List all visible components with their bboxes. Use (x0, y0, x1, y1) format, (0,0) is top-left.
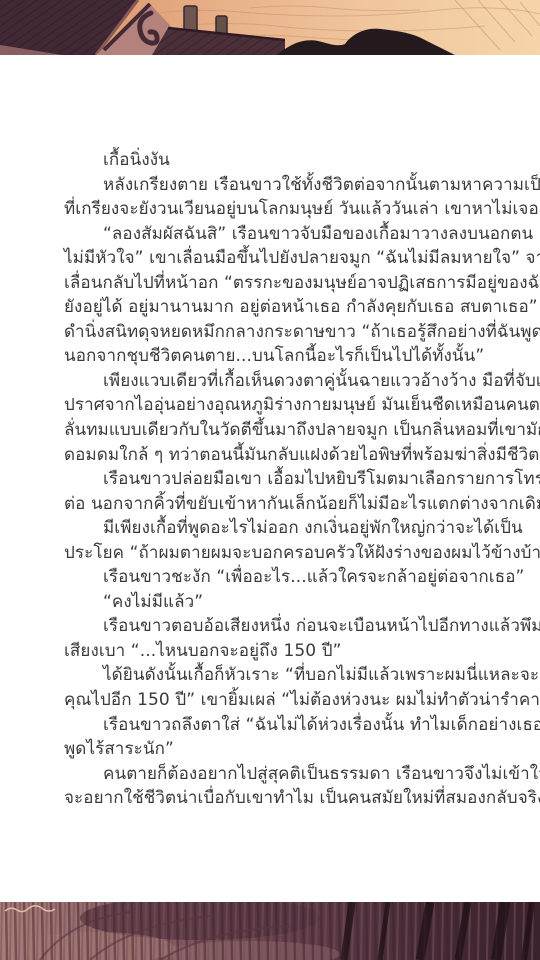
text-line: ได้ยินดังนั้นเกื้อก็หัวเราะ “ที่บอกไม่มี… (64, 663, 484, 688)
text-line: ที่เกรียงจะยังวนเวียนอยู่บนโลกมนุษย์ วัน… (64, 197, 484, 222)
text-line: ต่อ นอกจากคิ้วที่ขยับเข้าหากันเล็กน้อยก็… (64, 492, 484, 517)
text-line: “ลองสัมผัสฉันสิ” เรือนขาวจับมือของเกื้อม… (64, 222, 484, 247)
text-line: คุณไปอีก 150 ปี” เขายิ้มเผล่ “ไม่ต้องห่ว… (64, 688, 484, 713)
text-line: เรือนขาวถลึงตาใส่ “ฉันไม่ได้ห่วงเรื่องนั… (64, 713, 484, 738)
text-line: เพียงแวบเดียวที่เกื้อเห็นดวงตาคู่นั้นฉาย… (64, 369, 484, 394)
text-line: นอกจากชุบชีวิตคนตาย...บนโลกนี้อะไรก็เป็น… (64, 344, 484, 369)
text-line: เสียงเบา “...ไหนบอกจะอยู่ถึง 150 ปี” (64, 639, 484, 664)
text-line: เรือนขาวปล่อยมือเขา เอื้อมไปหยิบรีโมตมาเ… (64, 467, 484, 492)
text-line: เกื้อนิ่งงัน (64, 148, 484, 173)
text-line: ไม่มีหัวใจ” เขาเลื่อนมือขึ้นไปยังปลายจมู… (64, 246, 484, 271)
text-line: เลื่อนกลับไปที่หน้าอก “ตรรกะของมนุษย์อาจ… (64, 271, 484, 296)
text-line: พูดไร้สาระนัก” (64, 737, 484, 762)
text-line: “คงไม่มีแล้ว” (64, 590, 484, 615)
bottom-illustration-band (0, 902, 540, 960)
text-line: ดอมดมใกล้ ๆ ทว่าตอนนี้มันกลับแฝงด้วยไอพิ… (64, 443, 484, 468)
text-line: ประโยค “ถ้าผมตายผมจะบอกครอบครัวให้ฝังร่า… (64, 541, 484, 566)
text-line: หลังเกรียงตาย เรือนขาวใช้ทั้งชีวิตต่อจาก… (64, 173, 484, 198)
text-line: เรือนขาวชะงัก “เพื่ออะไร...แล้วใครจะกล้า… (64, 565, 484, 590)
text-line: ยังอยู่ได้ อยู่มานานมาก อยู่ต่อหน้าเธอ ก… (64, 295, 484, 320)
text-line: จะอยากใช้ชีวิตน่าเบื่อกับเขาทำไม เป็นคนส… (64, 786, 484, 811)
text-line: คนตายก็ต้องอยากไปสู่สุคติเป็นธรรมดา เรือ… (64, 762, 484, 787)
text-line: ลั่นทมแบบเดียวกับในวัดตีขึ้นมาถึงปลายจมู… (64, 418, 484, 443)
text-line: ดำนิ่งสนิทดุจหยดหมึกกลางกระดาษขาว “ถ้าเธ… (64, 320, 484, 345)
text-line: เรือนขาวตอบอ้อเสียงหนึ่ง ก่อนจะเบือนหน้า… (64, 614, 484, 639)
book-page[interactable]: เกื้อนิ่งงัน หลังเกรียงตาย เรือนขาวใช้ทั… (64, 148, 484, 811)
top-illustration-band (0, 0, 540, 55)
text-line: มีเพียงเกื้อที่พูดอะไรไม่ออก งกเงิ่นอยู่… (64, 516, 484, 541)
text-line: ปราศจากไออุ่นอย่างอุณหภูมิร่างกายมนุษย์ … (64, 393, 484, 418)
